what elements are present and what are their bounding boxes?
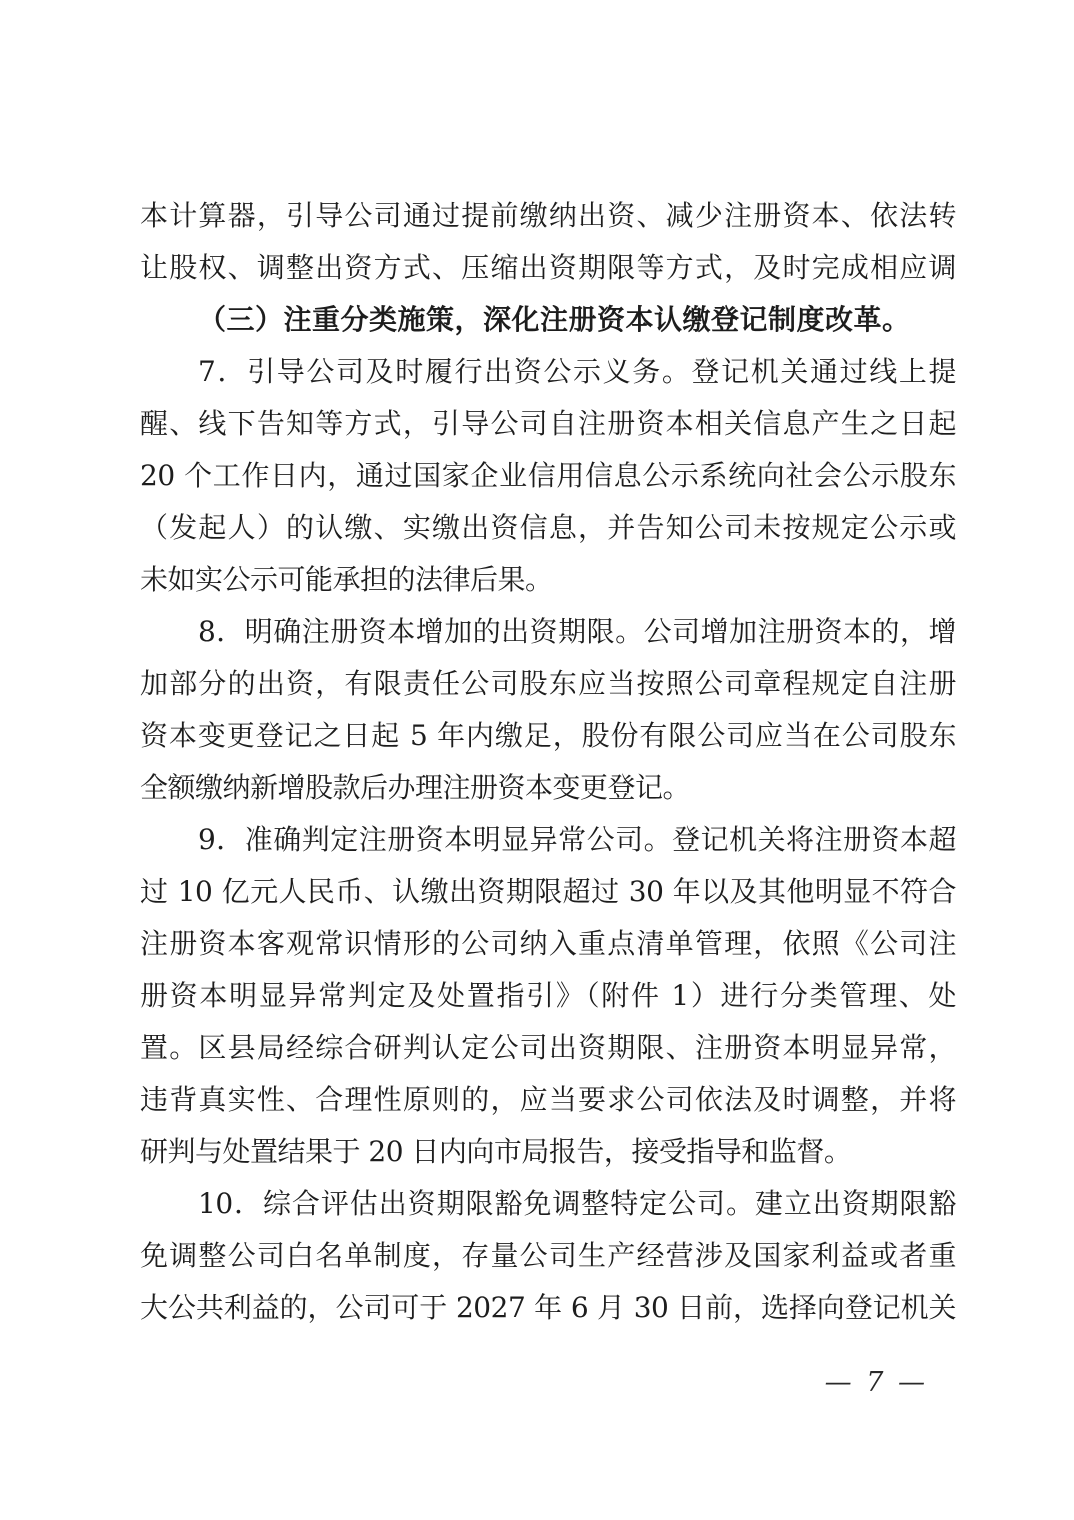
text-line: 20 个工作日内，通过国家企业信用信息公示系统向社会公示股东	[140, 450, 956, 502]
text-line: 让股权、调整出资方式、压缩出资期限等方式，及时完成相应调整。	[140, 242, 956, 294]
text-line: 违背真实性、合理性原则的，应当要求公司依法及时调整，并将	[140, 1074, 956, 1126]
text-line: 研判与处置结果于 20 日内向市局报告，接受指导和监督。	[140, 1126, 956, 1178]
paragraph-item-8: 8．明确注册资本增加的出资期限。公司增加注册资本的，增 加部分的出资，有限责任公…	[140, 606, 956, 814]
text-line: 大公共利益的，公司可于 2027 年 6 月 30 日前，选择向登记机关	[140, 1282, 956, 1334]
paragraph-item-7: 7．引导公司及时履行出资公示义务。登记机关通过线上提 醒、线下告知等方式，引导公…	[140, 346, 956, 606]
page-body: 本计算器，引导公司通过提前缴纳出资、减少注册资本、依法转 让股权、调整出资方式、…	[140, 190, 956, 1334]
section-heading-3: （三）注重分类施策，深化注册资本认缴登记制度改革。	[140, 294, 956, 346]
text-line: 过 10 亿元人民币、认缴出资期限超过 30 年以及其他明显不符合	[140, 866, 956, 918]
text-line: 醒、线下告知等方式，引导公司自注册资本相关信息产生之日起	[140, 398, 956, 450]
text-line: 注册资本客观常识情形的公司纳入重点清单管理，依照《公司注	[140, 918, 956, 970]
text-line: 全额缴纳新增股款后办理注册资本变更登记。	[140, 762, 956, 814]
section-heading-text: （三）注重分类施策，深化注册资本认缴登记制度改革。	[140, 294, 956, 346]
page-number: — 7 —	[825, 1366, 928, 1400]
text-line: 7．引导公司及时履行出资公示义务。登记机关通过线上提	[140, 346, 956, 398]
text-line: 加部分的出资，有限责任公司股东应当按照公司章程规定自注册	[140, 658, 956, 710]
text-line: 册资本明显异常判定及处置指引》（附件 1）进行分类管理、处	[140, 970, 956, 1022]
text-line: 未如实公示可能承担的法律后果。	[140, 554, 956, 606]
text-line: 9．准确判定注册资本明显异常公司。登记机关将注册资本超	[140, 814, 956, 866]
paragraph-continuation: 本计算器，引导公司通过提前缴纳出资、减少注册资本、依法转 让股权、调整出资方式、…	[140, 190, 956, 294]
text-line: 免调整公司白名单制度，存量公司生产经营涉及国家利益或者重	[140, 1230, 956, 1282]
text-line: 资本变更登记之日起 5 年内缴足，股份有限公司应当在公司股东	[140, 710, 956, 762]
document-page: 本计算器，引导公司通过提前缴纳出资、减少注册资本、依法转 让股权、调整出资方式、…	[0, 0, 1074, 1520]
paragraph-item-10: 10．综合评估出资期限豁免调整特定公司。建立出资期限豁 免调整公司白名单制度，存…	[140, 1178, 956, 1334]
text-line: （发起人）的认缴、实缴出资信息，并告知公司未按规定公示或	[140, 502, 956, 554]
text-line: 10．综合评估出资期限豁免调整特定公司。建立出资期限豁	[140, 1178, 956, 1230]
paragraph-item-9: 9．准确判定注册资本明显异常公司。登记机关将注册资本超 过 10 亿元人民币、认…	[140, 814, 956, 1178]
text-line: 8．明确注册资本增加的出资期限。公司增加注册资本的，增	[140, 606, 956, 658]
text-line: 置。区县局经综合研判认定公司出资期限、注册资本明显异常，	[140, 1022, 956, 1074]
text-line: 本计算器，引导公司通过提前缴纳出资、减少注册资本、依法转	[140, 190, 956, 242]
